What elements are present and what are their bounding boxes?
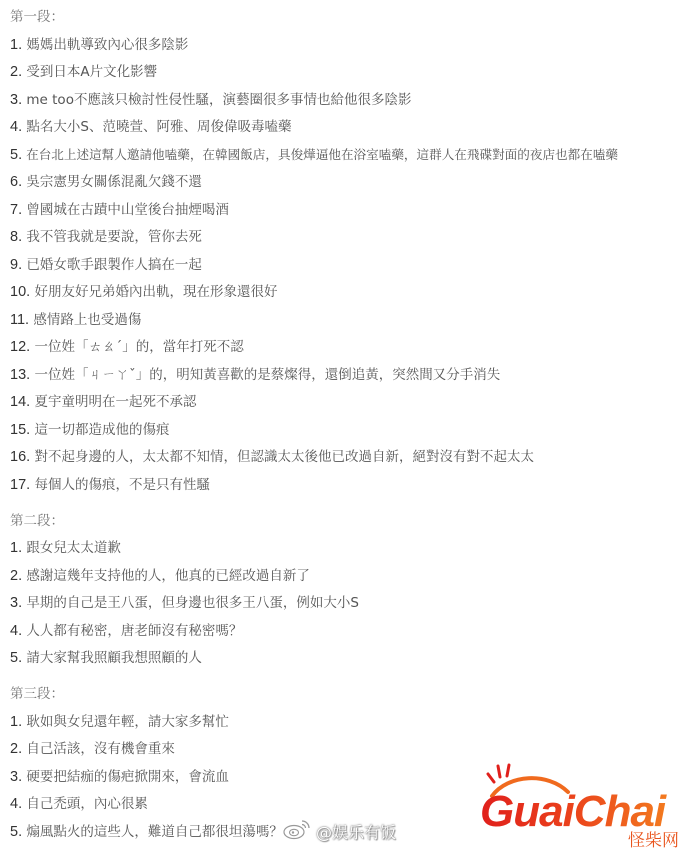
section-gap	[10, 675, 690, 684]
list-item: 2. 受到日本A片文化影響	[10, 61, 690, 89]
section-gap	[10, 501, 690, 510]
section-1: 第一段： 1. 媽媽出軌導致內心很多陰影 2. 受到日本A片文化影響 3. me…	[10, 6, 690, 501]
list-item: 7. 曾國城在古蹟中山堂後台抽煙喝酒	[10, 199, 690, 227]
list-item: 4. 人人都有秘密，唐老師沒有秘密嗎？	[10, 620, 690, 648]
list-item: 12. 一位姓「ㄊㄠˊ」的，當年打死不認	[10, 336, 690, 364]
list-item: 1. 媽媽出軌導致內心很多陰影	[10, 34, 690, 62]
watermark-text: @娱乐有饭	[316, 820, 396, 843]
list-item: 5. 請大家幫我照顧我想照顧的人	[10, 647, 690, 675]
list-item: 17. 每個人的傷痕，不是只有性騷	[10, 474, 690, 502]
section-2: 第二段： 1. 跟女兒太太道歉 2. 感謝這幾年支持他的人，他真的已經改過自新了…	[10, 510, 690, 675]
list-item: 1. 跟女兒太太道歉	[10, 537, 690, 565]
logo-cn: 怪柴网	[628, 831, 679, 850]
list-item: 13. 一位姓「ㄐㄧㄚˇ」的，明知黃喜歡的是蔡燦得，還倒追黃，突然間又分手消失	[10, 364, 690, 392]
weibo-watermark: @娱乐有饭	[282, 819, 396, 843]
list-item: 14. 夏宇童明明在一起死不承認	[10, 391, 690, 419]
document-body: 第一段： 1. 媽媽出軌導致內心很多陰影 2. 受到日本A片文化影響 3. me…	[10, 6, 690, 848]
guaichai-logo: GuaiChai 怪柴网	[478, 762, 690, 850]
list-item: 3. me too不應該只檢討性侵性騷，演藝圈很多事情也給他很多陰影	[10, 89, 690, 117]
list-item: 15. 這一切都造成他的傷痕	[10, 419, 690, 447]
weibo-icon	[282, 818, 312, 844]
list-item: 11. 感情路上也受過傷	[10, 309, 690, 337]
list-item: 3. 早期的自己是王八蛋，但身邊也很多王八蛋，例如大小S	[10, 592, 690, 620]
section-heading: 第三段：	[10, 683, 690, 711]
logo-latin: GuaiChai	[480, 787, 667, 836]
list-item: 4. 點名大小S、范曉萱、阿雅、周俊偉吸毒嗑藥	[10, 116, 690, 144]
list-item: 16. 對不起身邊的人，太太都不知情，但認識太太後他已改過自新，絕對沒有對不起太…	[10, 446, 690, 474]
list-item: 1. 耿如與女兒還年輕，請大家多幫忙	[10, 711, 690, 739]
list-item: 2. 感謝這幾年支持他的人，他真的已經改過自新了	[10, 565, 690, 593]
list-item: 5. 在台北上述這幫人邀請他嗑藥，在韓國飯店，具俊燁逼他在浴室嗑藥，這群人在飛碟…	[10, 144, 690, 172]
list-item: 8. 我不管我就是要說，管你去死	[10, 226, 690, 254]
list-item: 9. 已婚女歌手跟製作人搞在一起	[10, 254, 690, 282]
section-heading: 第一段：	[10, 6, 690, 34]
section-heading: 第二段：	[10, 510, 690, 538]
list-item: 6. 吳宗憲男女關係混亂欠錢不還	[10, 171, 690, 199]
list-item: 10. 好朋友好兄弟婚內出軌，現在形象還很好	[10, 281, 690, 309]
